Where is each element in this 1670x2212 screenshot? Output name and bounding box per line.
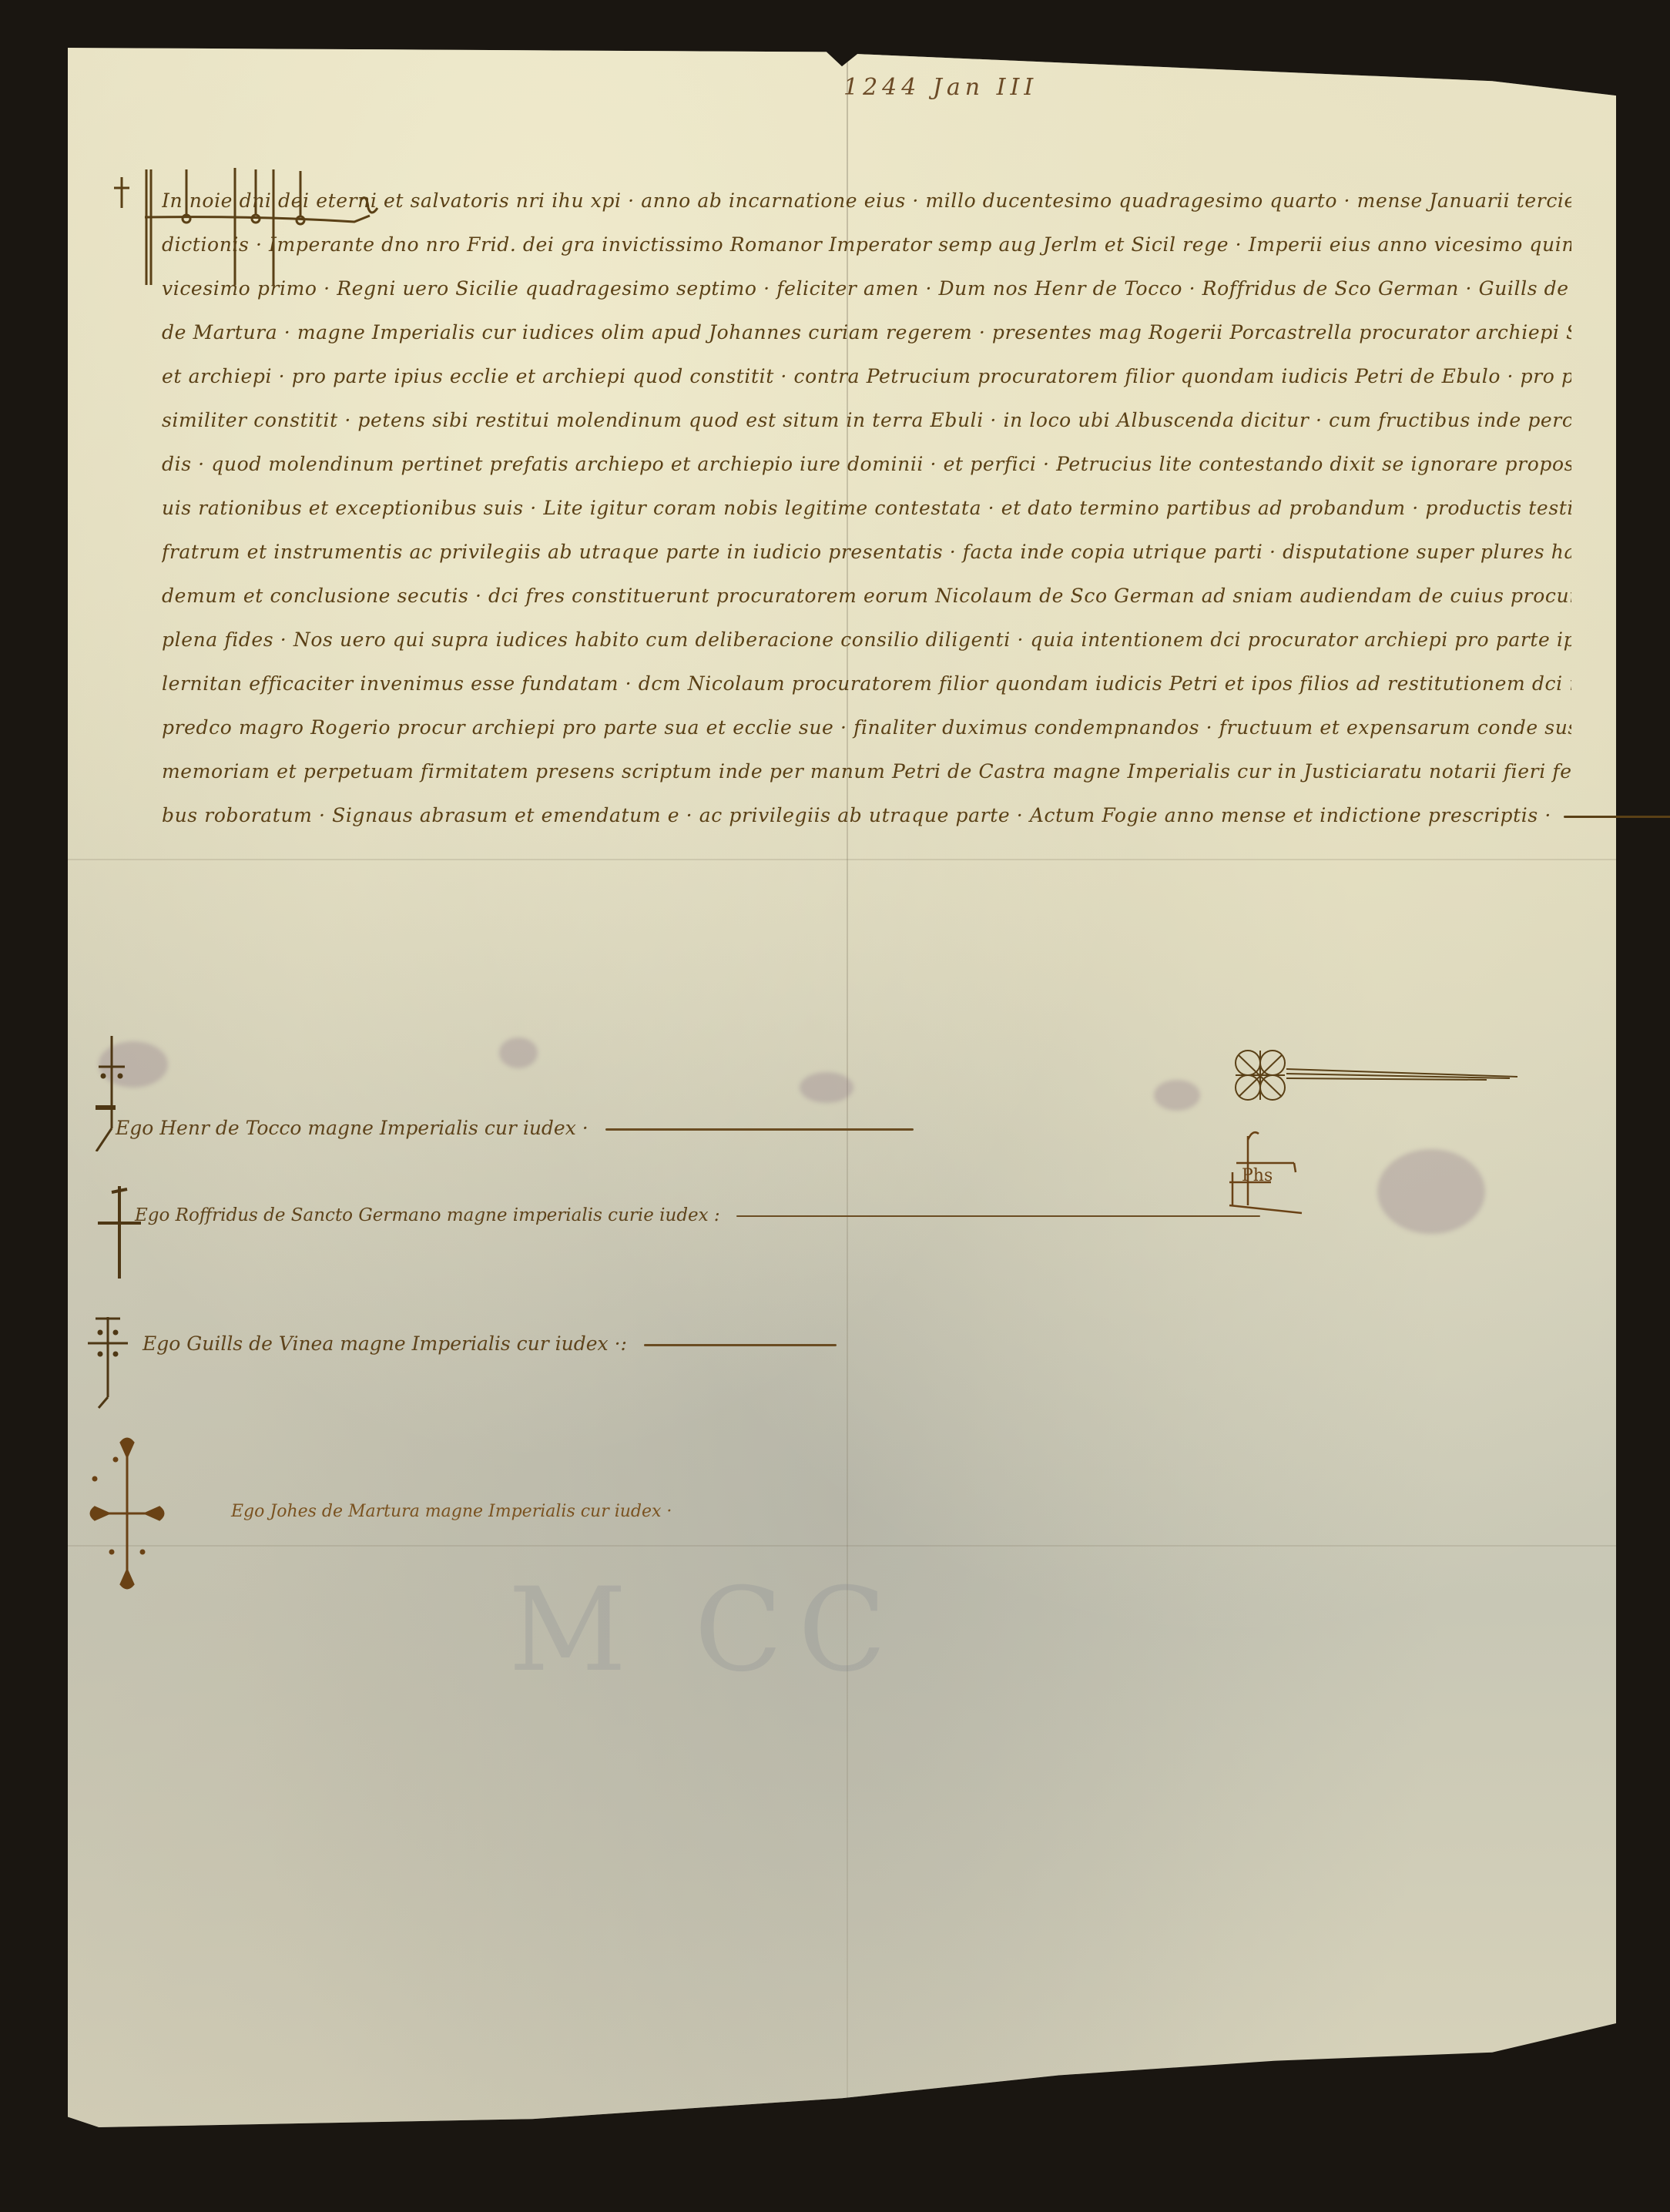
subscription-line: Ego Roffridus de Sancto Germano magne im… — [135, 1205, 1260, 1225]
closing-stroke — [1564, 816, 1670, 818]
archival-date-note: 1244 Jan III — [843, 74, 1038, 101]
photo-frame: 1244 Jan III In noie dni dei eterni et s… — [0, 0, 1670, 2212]
signature-stroke — [644, 1344, 837, 1346]
text-line: vicesimo primo · Regni uero Sicilie quad… — [162, 266, 1571, 310]
notary-monogram: Phs — [1225, 1124, 1317, 1225]
subscription-text: Ego Guills de Vinea magne Imperialis cur… — [143, 1332, 627, 1355]
subscription-text: Ego Roffridus de Sancto Germano magne im… — [135, 1205, 720, 1225]
text-line: dis · quod molendinum pertinet prefatis … — [162, 442, 1571, 486]
text-line-final: bus roboratum · Signaus abrasum et emend… — [162, 804, 1551, 826]
text-line: plena fides · Nos uero qui supra iudices… — [162, 618, 1571, 662]
subscription-line: Ego Guills de Vinea magne Imperialis cur… — [143, 1332, 837, 1355]
stain — [800, 1072, 853, 1103]
horizontal-fold — [68, 859, 1616, 860]
charter-body: In noie dni dei eterni et salvatoris nri… — [162, 179, 1571, 837]
notarial-knot-icon — [1225, 1040, 1533, 1117]
ornate-cross-icon — [89, 1436, 166, 1590]
text-line: bus roboratum · Signaus abrasum et emend… — [162, 793, 1571, 837]
notary-initials: Phs — [1242, 1166, 1273, 1185]
text-line: de Martura · magne Imperialis cur iudice… — [162, 310, 1571, 354]
subscription-line: Ego Johes de Martura magne Imperialis cu… — [231, 1502, 672, 1521]
text-line: lernitan efficaciter invenimus esse fund… — [162, 662, 1571, 705]
signature-stroke — [605, 1128, 914, 1131]
text-line: demum et conclusione secutis · dci fres … — [162, 574, 1571, 618]
cross-icon — [96, 1186, 143, 1279]
text-line: et archiepi · pro parte ipius ecclie et … — [162, 354, 1571, 398]
text-line: predco magro Rogerio procur archiepi pro… — [162, 705, 1571, 749]
stain — [1154, 1080, 1200, 1111]
subscription-text: Ego Johes de Martura magne Imperialis cu… — [231, 1502, 672, 1521]
text-line: similiter constitit · petens sibi restit… — [162, 398, 1571, 442]
subscription-line: Ego Henr de Tocco magne Imperialis cur i… — [116, 1117, 914, 1139]
text-line: memoriam et perpetuam firmitatem presens… — [162, 749, 1571, 793]
cross-icon — [85, 1317, 131, 1409]
signature-stroke — [736, 1215, 1260, 1217]
subscription-text: Ego Henr de Tocco magne Imperialis cur i… — [116, 1117, 589, 1139]
text-line: fratrum et instrumentis ac privilegiis a… — [162, 530, 1571, 574]
text-line: dictionis · Imperante dno nro Frid. dei … — [162, 223, 1571, 266]
stain — [499, 1037, 538, 1068]
text-line: uis rationibus et exceptionibus suis · L… — [162, 486, 1571, 530]
text-line: In noie dni dei eterni et salvatoris nri… — [162, 179, 1571, 223]
stain — [1377, 1149, 1485, 1234]
horizontal-fold — [68, 1545, 1616, 1547]
bleed-through-text: M CC — [508, 1563, 902, 1698]
